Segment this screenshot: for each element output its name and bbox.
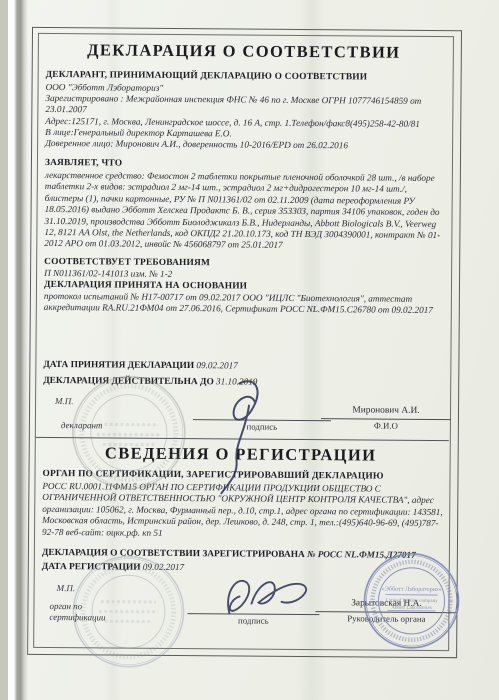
declarant-signature-ink xyxy=(204,375,285,498)
document-body: ДЕКЛАРАЦИЯ О СООТВЕТСТВИИ ДЕКЛАРАНТ, ПРИ… xyxy=(3,0,499,700)
authority-round-stamp-icon xyxy=(69,552,188,671)
document-title: ДЕКЛАРАЦИЯ О СООТВЕТСТВИИ xyxy=(44,40,444,63)
abbott-stamp-llc-en: Limited liability company xyxy=(385,599,438,604)
authority-signature-ink xyxy=(217,571,323,628)
basis-body: протокол испытаний № Н17-00717 от 09.02.… xyxy=(44,291,446,317)
declarant-name-line: Миронович А.И. Ф.И.О xyxy=(321,402,451,431)
declarant-round-stamp-icon xyxy=(68,372,189,493)
abbott-stamp-company-ru: «Эбботт Лэбораториз» xyxy=(382,586,442,593)
name-caption: Ф.И.О xyxy=(321,419,451,431)
adoption-date-label: ДАТА ПРИНЯТИЯ ДЕКЛАРАЦИИ xyxy=(43,360,194,371)
declarant-registered: Зарегистрировано : Межрайонная инспекция… xyxy=(45,93,447,119)
scanned-paper-sheet: ДЕКЛАРАЦИЯ О СООТВЕТСТВИИ ДЕКЛАРАНТ, ПРИ… xyxy=(8,0,499,700)
adoption-date-value: 09.02.2017 xyxy=(196,360,237,370)
declares-body: лекарственное средство: Фемостон 2 табле… xyxy=(44,170,447,253)
scan-left-edge-shadow xyxy=(8,0,28,700)
abbott-blue-stamp-icon: «Эбботт Лэбораториз» Limited liability c… xyxy=(361,550,462,651)
abbott-stamp-company-en: Abbott Laboratories xyxy=(391,606,431,611)
declarant-name: Миронович А.И. xyxy=(321,402,451,419)
